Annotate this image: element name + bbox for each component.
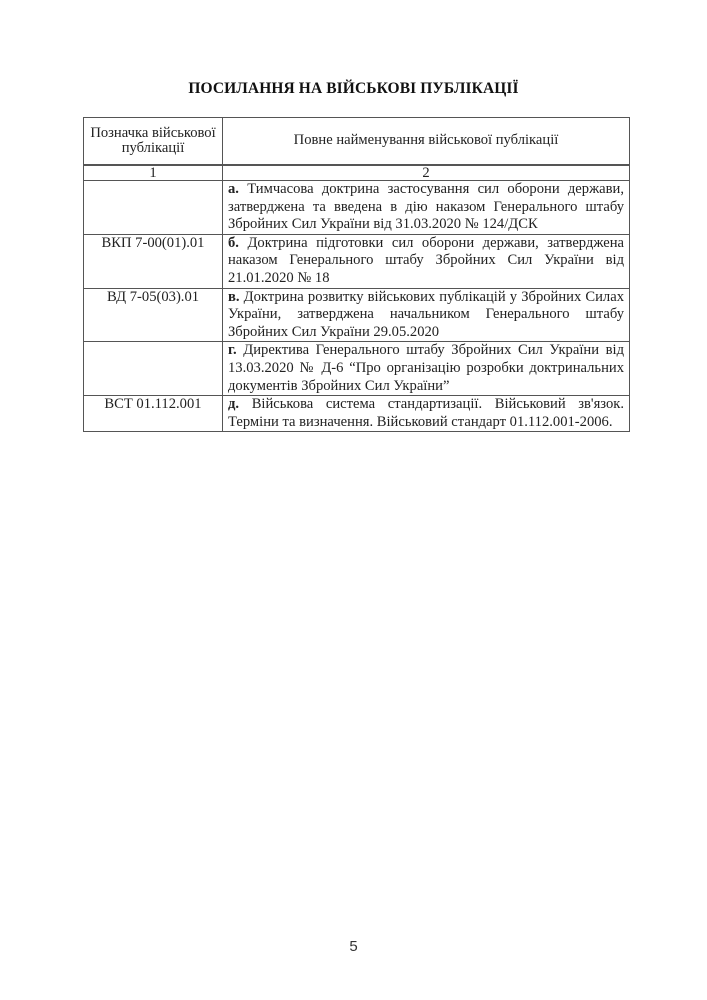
item-letter: г.	[228, 342, 237, 358]
item-text: Доктрина підготовки сил оборони держави,…	[228, 235, 624, 286]
item-text: Доктрина розвитку військових публікацій …	[228, 289, 624, 340]
header-full-name: Повне найменування військової публікації	[223, 118, 630, 166]
page-number: 5	[0, 938, 707, 955]
item-text: Директива Генерального штабу Збройних Си…	[228, 342, 624, 393]
column-number-row: 1 2	[84, 165, 630, 181]
publication-code	[84, 181, 223, 235]
column-number-1: 1	[84, 165, 223, 181]
publication-description: в. Доктрина розвитку військових публікац…	[223, 288, 630, 342]
publication-code: ВСТ 01.112.001	[84, 396, 223, 432]
publication-code: ВКП 7-00(01).01	[84, 234, 223, 288]
item-text: Військова система стандартизації. Військ…	[228, 396, 624, 430]
publication-code: ВД 7-05(03).01	[84, 288, 223, 342]
table-row: ВСТ 01.112.001 д. Військова система стан…	[84, 396, 630, 432]
table-row: г. Директива Генерального штабу Збройних…	[84, 342, 630, 396]
publication-description: а. Тимчасова доктрина застосування сил о…	[223, 181, 630, 235]
references-table: Позначка військової публікації Повне най…	[83, 117, 630, 432]
publication-code	[84, 342, 223, 396]
item-text: Тимчасова доктрина застосування сил обор…	[228, 181, 624, 232]
item-letter: а.	[228, 181, 239, 197]
header-designation: Позначка військової публікації	[84, 118, 223, 166]
page-title: ПОСИЛАННЯ НА ВІЙСЬКОВІ ПУБЛІКАЦІЇ	[0, 80, 707, 98]
table-header-row: Позначка військової публікації Повне най…	[84, 118, 630, 166]
item-letter: в.	[228, 289, 240, 305]
item-letter: д.	[228, 396, 239, 412]
table-row: ВКП 7-00(01).01 б. Доктрина підготовки с…	[84, 234, 630, 288]
publication-description: д. Військова система стандартизації. Вій…	[223, 396, 630, 432]
publication-description: б. Доктрина підготовки сил оборони держа…	[223, 234, 630, 288]
column-number-2: 2	[223, 165, 630, 181]
item-letter: б.	[228, 235, 239, 251]
publication-description: г. Директива Генерального штабу Збройних…	[223, 342, 630, 396]
table-row: ВД 7-05(03).01 в. Доктрина розвитку війс…	[84, 288, 630, 342]
table-row: а. Тимчасова доктрина застосування сил о…	[84, 181, 630, 235]
